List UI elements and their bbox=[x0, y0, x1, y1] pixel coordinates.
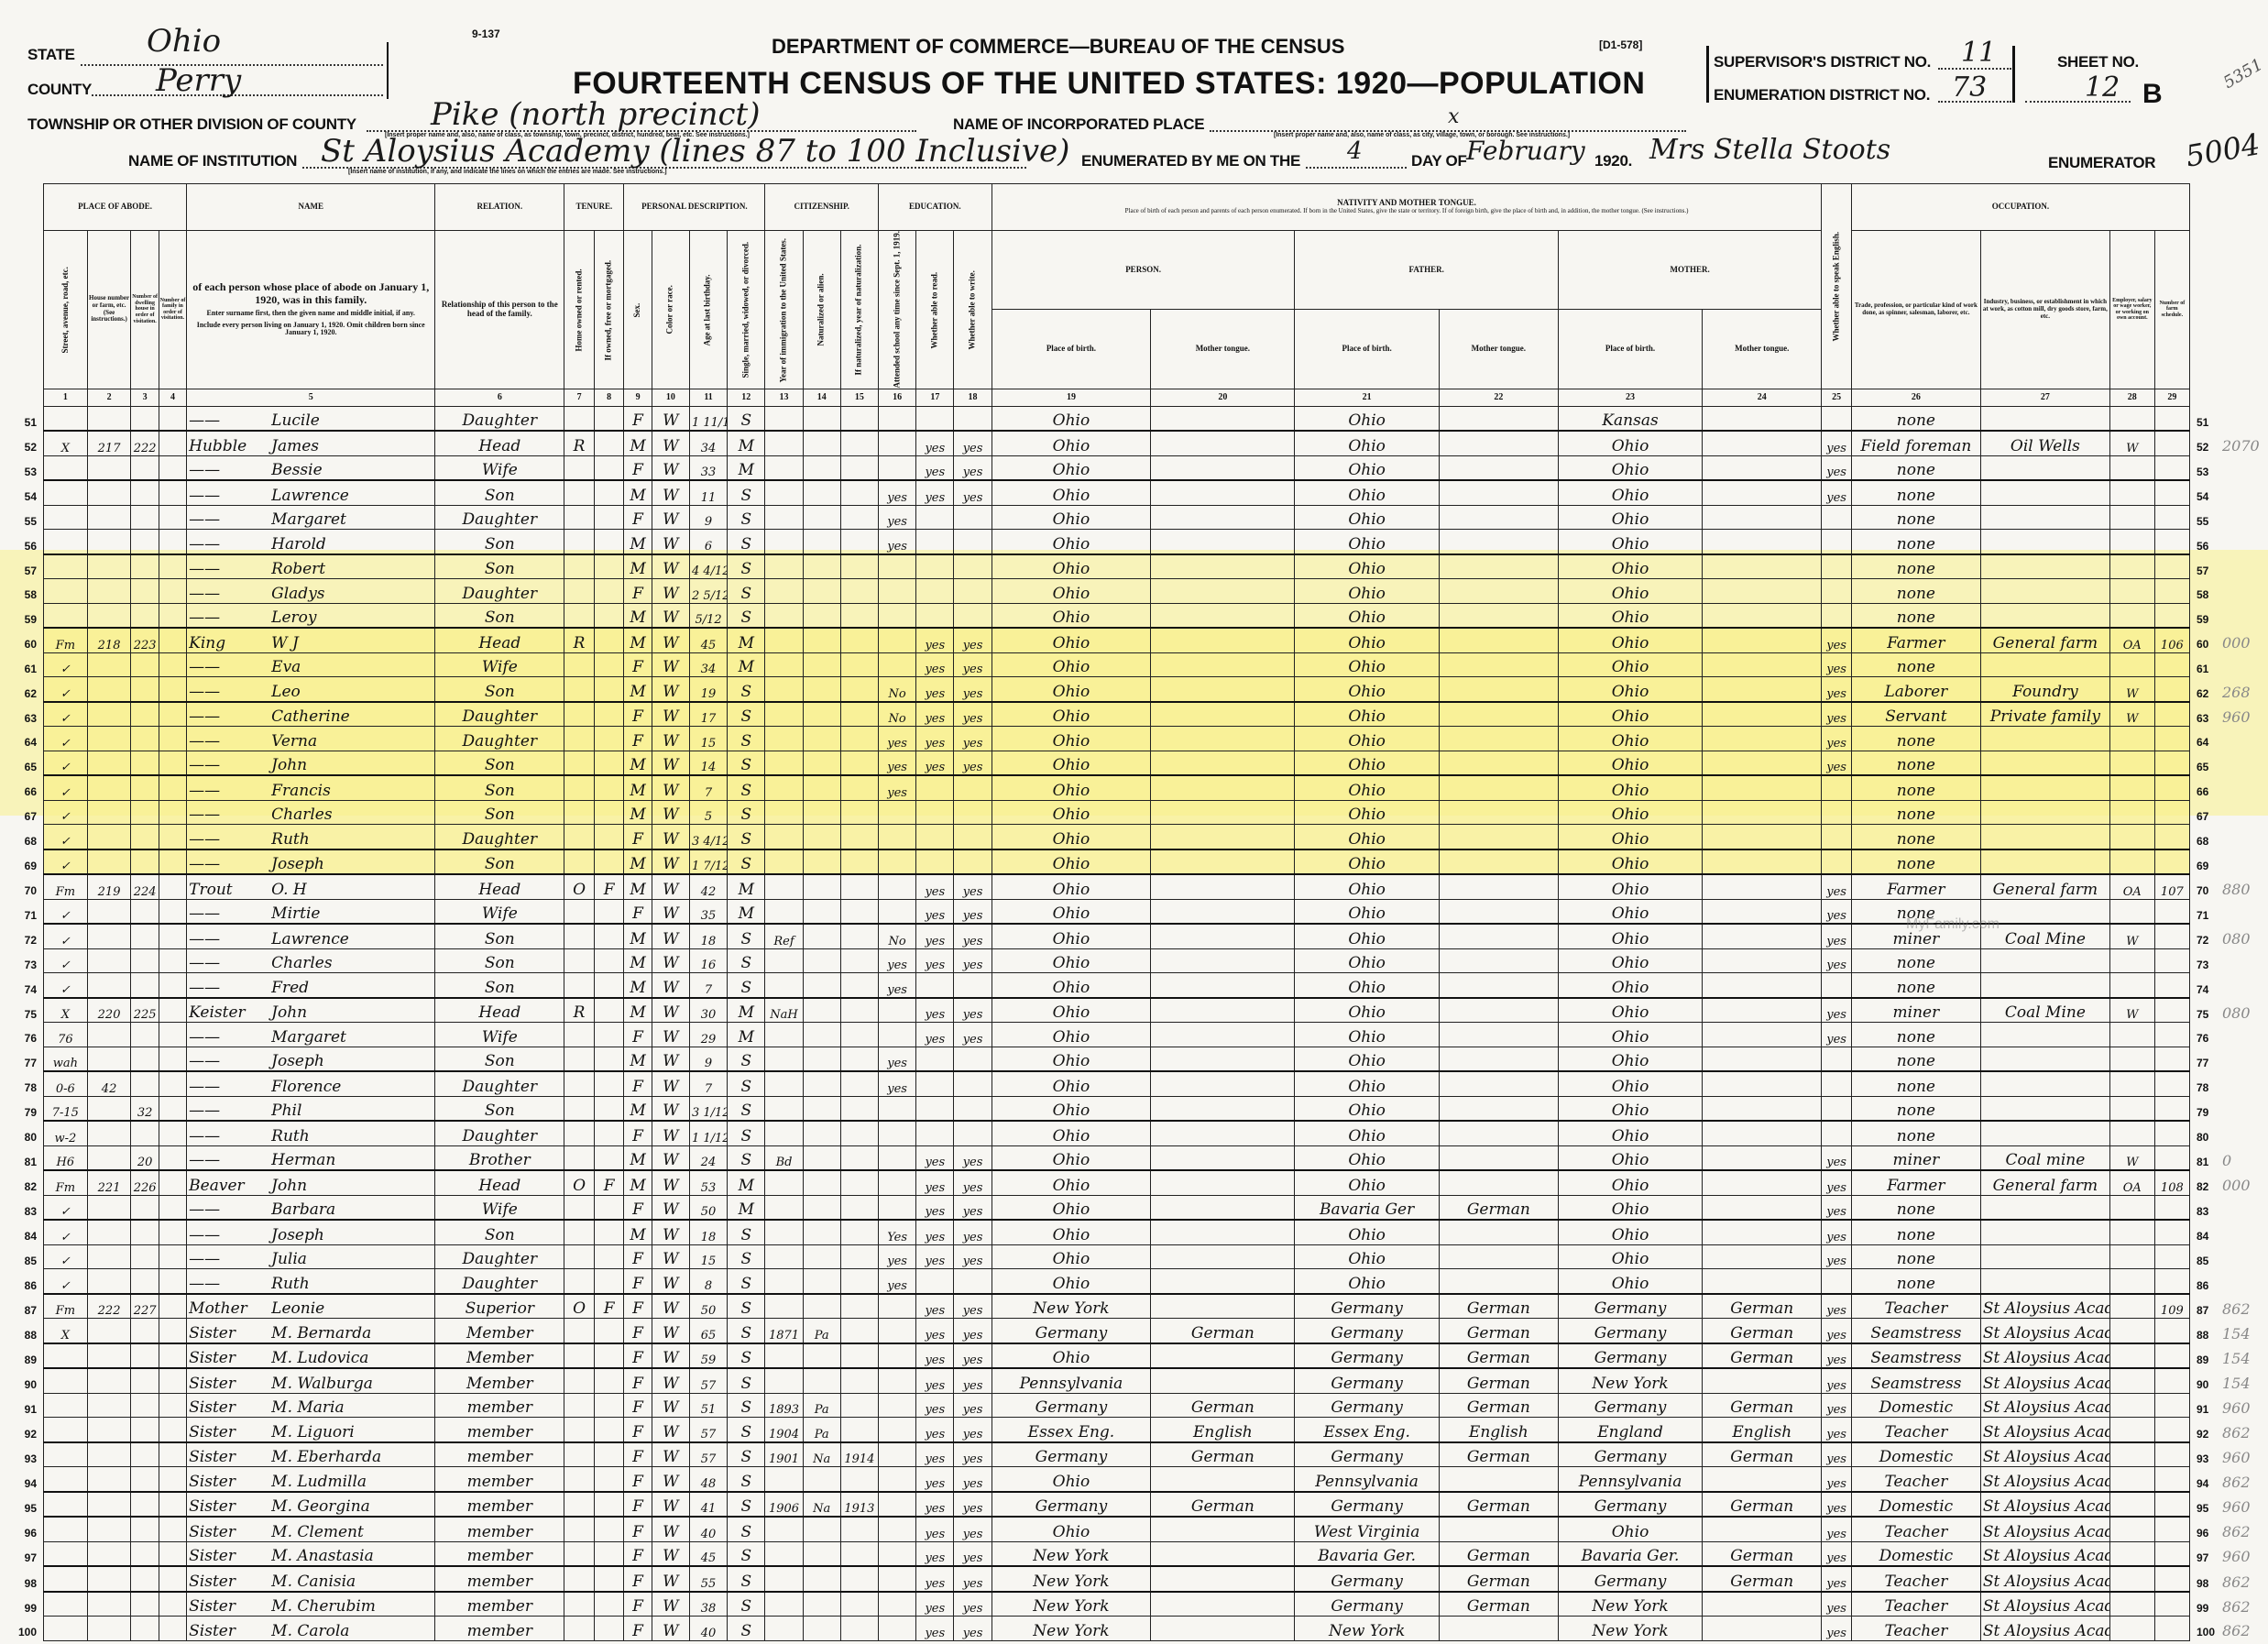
cell-farm bbox=[2154, 1023, 2189, 1047]
cell-given-name: Ruth bbox=[271, 1275, 310, 1293]
cell-street: ✓ bbox=[44, 1244, 88, 1269]
table-row: H620——HermanBrotherMW24SBdyesyesOhioOhio… bbox=[44, 1145, 2190, 1170]
cell-f-tongue bbox=[1439, 924, 1558, 948]
cell-immig: 1901 bbox=[765, 1442, 803, 1467]
cell-family bbox=[159, 1023, 186, 1047]
cell-f-pob: Ohio bbox=[1295, 1023, 1439, 1047]
cell-marital: S bbox=[728, 727, 765, 751]
cell-sex: M bbox=[624, 480, 652, 505]
cell-f-pob: Ohio bbox=[1295, 1071, 1439, 1096]
cell-m-pob: Ohio bbox=[1558, 1047, 1702, 1071]
cell-house bbox=[87, 1442, 131, 1467]
cell-write: yes bbox=[954, 1418, 992, 1442]
cell-english: yes bbox=[1822, 1566, 1852, 1592]
cell-m-pob: Germany bbox=[1558, 1343, 1702, 1369]
cell-industry: St Aloysius Academy bbox=[1980, 1517, 2109, 1541]
cell-given-name: John bbox=[271, 756, 307, 774]
cell-marital: S bbox=[728, 603, 765, 628]
cell-house bbox=[87, 973, 131, 998]
cell-owned: O bbox=[564, 1170, 595, 1195]
cell-given-name: M. Liguori bbox=[271, 1423, 355, 1441]
cell-mortgaged bbox=[594, 1343, 624, 1369]
cell-trade: Farmer bbox=[1851, 874, 1980, 899]
cell-color: W bbox=[652, 1170, 689, 1195]
cell-trade: Teacher bbox=[1851, 1418, 1980, 1442]
cell-immig bbox=[765, 530, 803, 554]
line-number-left: 63 bbox=[11, 712, 37, 725]
cell-farm bbox=[2154, 505, 2189, 530]
cell-m-tongue: German bbox=[1703, 1393, 1822, 1418]
cell-industry bbox=[1980, 652, 2109, 677]
cell-surname: —— bbox=[189, 855, 271, 873]
cell-dwelling bbox=[131, 530, 159, 554]
pencil-occupation-code: 960 bbox=[2222, 1498, 2251, 1516]
cell-m-tongue bbox=[1703, 702, 1822, 727]
table-row: SisterM. WalburgaMemberFW57SyesyesPennsy… bbox=[44, 1368, 2190, 1393]
cell-farm bbox=[2154, 677, 2189, 702]
cell-m-pob: Germany bbox=[1558, 1442, 1702, 1467]
cell-given-name: Margaret bbox=[271, 1028, 346, 1047]
cell-write: yes bbox=[954, 1244, 992, 1269]
table-row: ✓——JohnSonMW14SyesyesyesOhioOhioOhioyesn… bbox=[44, 751, 2190, 775]
cell-surname: —— bbox=[189, 658, 271, 676]
group-nativity: NATIVITY AND MOTHER TONGUE. Place of bir… bbox=[992, 184, 1822, 231]
line-number-right: 80 bbox=[2197, 1131, 2208, 1144]
line-number-right: 72 bbox=[2197, 934, 2208, 947]
cell-marital: S bbox=[728, 800, 765, 825]
cell-family bbox=[159, 1047, 186, 1071]
cell-nat bbox=[803, 579, 840, 604]
cell-pob: New York bbox=[992, 1541, 1151, 1566]
cell-name: ——Eva bbox=[187, 652, 435, 677]
cell-relation: member bbox=[435, 1617, 564, 1641]
cell-read bbox=[916, 406, 954, 431]
cell-farm bbox=[2154, 455, 2189, 480]
cell-school: No bbox=[879, 924, 916, 948]
cell-read: yes bbox=[916, 1492, 954, 1518]
cell-owned: R bbox=[564, 628, 595, 652]
cell-age: 5/12 bbox=[689, 603, 727, 628]
cell-given-name: Bessie bbox=[271, 461, 323, 479]
cell-school bbox=[879, 1418, 916, 1442]
cell-school: yes bbox=[879, 775, 916, 800]
line-number-right: 88 bbox=[2197, 1329, 2208, 1342]
cell-m-tongue bbox=[1703, 1220, 1822, 1244]
cell-color: W bbox=[652, 800, 689, 825]
cell-sex: M bbox=[624, 948, 652, 973]
table-row: w-2——RuthDaughterFW1 1/12SOhioOhioOhiono… bbox=[44, 1121, 2190, 1145]
cell-color: W bbox=[652, 998, 689, 1023]
cell-mortgaged bbox=[594, 677, 624, 702]
cell-tongue bbox=[1151, 973, 1295, 998]
cell-immig bbox=[765, 751, 803, 775]
cell-employer bbox=[2109, 1517, 2154, 1541]
cell-age: 8 bbox=[689, 1269, 727, 1294]
day-line bbox=[1306, 167, 1407, 169]
cell-name: ——John bbox=[187, 751, 435, 775]
cell-color: W bbox=[652, 406, 689, 431]
cell-english: yes bbox=[1822, 1617, 1852, 1641]
table-row: ✓——RuthDaughterFW3 4/12SOhioOhioOhionone bbox=[44, 825, 2190, 849]
cell-immig bbox=[765, 1541, 803, 1566]
cell-dwelling bbox=[131, 825, 159, 849]
cell-m-pob: Ohio bbox=[1558, 1517, 1702, 1541]
table-row: Fm219224TroutO. HHeadOFMW42MyesyesOhioOh… bbox=[44, 874, 2190, 899]
cell-given-name: Herman bbox=[271, 1151, 335, 1169]
line-number-left: 84 bbox=[11, 1230, 37, 1243]
cell-read: yes bbox=[916, 1541, 954, 1566]
pencil-occupation-code: 154 bbox=[2222, 1375, 2251, 1392]
cell-name: SisterM. Anastasia bbox=[187, 1541, 435, 1566]
cell-read bbox=[916, 849, 954, 875]
cell-write: yes bbox=[954, 1145, 992, 1170]
cell-employer bbox=[2109, 1343, 2154, 1369]
cell-family bbox=[159, 1319, 186, 1343]
cell-mortgaged bbox=[594, 1418, 624, 1442]
cell-nat bbox=[803, 800, 840, 825]
cell-house bbox=[87, 1145, 131, 1170]
cell-mortgaged: F bbox=[594, 1294, 624, 1319]
cell-english: yes bbox=[1822, 1343, 1852, 1369]
cell-nat bbox=[803, 1170, 840, 1195]
cell-given-name: Fred bbox=[271, 979, 309, 997]
cell-industry: Coal Mine bbox=[1980, 924, 2109, 948]
cell-natyear bbox=[840, 603, 878, 628]
cell-tongue bbox=[1151, 554, 1295, 579]
cell-school bbox=[879, 899, 916, 924]
cell-m-tongue bbox=[1703, 530, 1822, 554]
cell-m-pob: Ohio bbox=[1558, 1121, 1702, 1145]
cell-trade: none bbox=[1851, 1071, 1980, 1096]
cell-street bbox=[44, 1368, 88, 1393]
cell-mortgaged bbox=[594, 530, 624, 554]
cell-family bbox=[159, 628, 186, 652]
line-number-left: 83 bbox=[11, 1205, 37, 1218]
cell-tongue bbox=[1151, 1071, 1295, 1096]
cell-marital: M bbox=[728, 628, 765, 652]
cell-relation: Daughter bbox=[435, 1244, 564, 1269]
pencil-occupation-code: 880 bbox=[2222, 881, 2251, 898]
cell-f-pob: Ohio bbox=[1295, 554, 1439, 579]
cell-f-pob: Ohio bbox=[1295, 652, 1439, 677]
department-title: DEPARTMENT OF COMMERCE—BUREAU OF THE CEN… bbox=[772, 35, 1344, 59]
cell-m-tongue: German bbox=[1703, 1442, 1822, 1467]
cell-m-tongue bbox=[1703, 603, 1822, 628]
cell-school bbox=[879, 874, 916, 899]
cell-surname: Mother bbox=[189, 1299, 271, 1318]
cell-immig bbox=[765, 455, 803, 480]
cell-m-tongue bbox=[1703, 874, 1822, 899]
cell-m-pob: Ohio bbox=[1558, 751, 1702, 775]
enumerator-name: Mrs Stella Stoots bbox=[1649, 134, 1890, 166]
line-number-right: 55 bbox=[2197, 515, 2208, 528]
cell-sex: M bbox=[624, 1047, 652, 1071]
cell-school bbox=[879, 1170, 916, 1195]
cell-relation: Son bbox=[435, 775, 564, 800]
cell-dwelling bbox=[131, 1023, 159, 1047]
cell-industry: Foundry bbox=[1980, 677, 2109, 702]
col-family: Number of family in order of visitation. bbox=[159, 231, 186, 389]
cell-tongue bbox=[1151, 1467, 1295, 1492]
cell-industry bbox=[1980, 530, 2109, 554]
cell-sex: F bbox=[624, 1195, 652, 1220]
cell-surname: —— bbox=[189, 1101, 271, 1120]
cell-name: HubbleJames bbox=[187, 431, 435, 455]
name-include: Include every person living on January 1… bbox=[187, 322, 434, 338]
cell-name: ——Robert bbox=[187, 554, 435, 579]
cell-industry bbox=[1980, 948, 2109, 973]
cell-street: Fm bbox=[44, 628, 88, 652]
cell-age: 3 4/12 bbox=[689, 825, 727, 849]
cell-nat bbox=[803, 603, 840, 628]
cell-sex: M bbox=[624, 1220, 652, 1244]
cell-natyear bbox=[840, 1047, 878, 1071]
cell-employer bbox=[2109, 825, 2154, 849]
col-name: of each person whose place of abode on J… bbox=[187, 231, 435, 389]
line-number-right: 76 bbox=[2197, 1032, 2208, 1045]
group-citizenship: CITIZENSHIP. bbox=[765, 184, 879, 231]
cell-owned bbox=[564, 1393, 595, 1418]
line-number-right: 73 bbox=[2197, 959, 2208, 971]
cell-marital: S bbox=[728, 505, 765, 530]
cell-f-pob: Ohio bbox=[1295, 702, 1439, 727]
cell-read: yes bbox=[916, 924, 954, 948]
cell-employer bbox=[2109, 1467, 2154, 1492]
cell-house bbox=[87, 1467, 131, 1492]
cell-m-tongue bbox=[1703, 973, 1822, 998]
cell-immig bbox=[765, 1294, 803, 1319]
cell-color: W bbox=[652, 579, 689, 604]
cell-sex: F bbox=[624, 1244, 652, 1269]
line-number-right: 94 bbox=[2197, 1477, 2208, 1490]
cell-f-tongue: German bbox=[1439, 1566, 1558, 1592]
cell-family bbox=[159, 677, 186, 702]
cell-f-tongue bbox=[1439, 1047, 1558, 1071]
cell-owned: O bbox=[564, 874, 595, 899]
cell-f-tongue bbox=[1439, 677, 1558, 702]
cell-f-tongue bbox=[1439, 1517, 1558, 1541]
cell-industry: St Aloysius Academy bbox=[1980, 1442, 2109, 1467]
cell-pob: Ohio bbox=[992, 406, 1151, 431]
cell-english bbox=[1822, 825, 1852, 849]
cell-natyear bbox=[840, 1319, 878, 1343]
cell-school: yes bbox=[879, 1047, 916, 1071]
cell-english: yes bbox=[1822, 924, 1852, 948]
cell-pob: Ohio bbox=[992, 1047, 1151, 1071]
cell-pob: Ohio bbox=[992, 1220, 1151, 1244]
table-row: SisterM. MariamemberFW51S1893PayesyesGer… bbox=[44, 1393, 2190, 1418]
cell-nat bbox=[803, 1145, 840, 1170]
cell-marital: S bbox=[728, 1343, 765, 1369]
cell-marital: S bbox=[728, 554, 765, 579]
cell-relation: Member bbox=[435, 1343, 564, 1369]
cell-m-tongue bbox=[1703, 406, 1822, 431]
line-number-left: 78 bbox=[11, 1081, 37, 1094]
cell-name: ——Charles bbox=[187, 948, 435, 973]
col-person-pob: Place of birth. bbox=[992, 310, 1151, 389]
cell-write: yes bbox=[954, 628, 992, 652]
line-number-left: 58 bbox=[11, 588, 37, 601]
cell-dwelling bbox=[131, 579, 159, 604]
cell-sex: M bbox=[624, 800, 652, 825]
cell-name: SisterM. Ludovica bbox=[187, 1343, 435, 1369]
cell-mortgaged bbox=[594, 579, 624, 604]
cell-read bbox=[916, 579, 954, 604]
cell-f-pob: Ohio bbox=[1295, 924, 1439, 948]
cell-farm bbox=[2154, 1269, 2189, 1294]
cell-owned bbox=[564, 1121, 595, 1145]
cell-m-pob: England bbox=[1558, 1418, 1702, 1442]
cell-m-pob: Ohio bbox=[1558, 924, 1702, 948]
pencil-occupation-code: 080 bbox=[2222, 1004, 2251, 1022]
column-number: 18 bbox=[954, 389, 992, 406]
cell-write: yes bbox=[954, 1294, 992, 1319]
cell-natyear bbox=[840, 874, 878, 899]
cell-color: W bbox=[652, 1617, 689, 1641]
cell-name: ——Florence bbox=[187, 1071, 435, 1096]
cell-f-pob: Germany bbox=[1295, 1592, 1439, 1617]
line-number-left: 90 bbox=[11, 1378, 37, 1391]
cell-surname: —— bbox=[189, 782, 271, 800]
col-industry: Industry, business, or establishment in … bbox=[1980, 231, 2109, 389]
line-number-right: 99 bbox=[2197, 1602, 2208, 1615]
cell-nat bbox=[803, 628, 840, 652]
cell-industry bbox=[1980, 406, 2109, 431]
column-number: 27 bbox=[1980, 389, 2109, 406]
cell-m-pob: Ohio bbox=[1558, 899, 1702, 924]
cell-pob: Ohio bbox=[992, 751, 1151, 775]
cell-immig bbox=[765, 554, 803, 579]
line-number-left: 55 bbox=[11, 515, 37, 528]
line-number-left: 57 bbox=[11, 564, 37, 577]
line-number-right: 66 bbox=[2197, 785, 2208, 798]
cell-mortgaged bbox=[594, 628, 624, 652]
line-number-right: 83 bbox=[2197, 1205, 2208, 1218]
cell-house bbox=[87, 899, 131, 924]
cell-f-tongue bbox=[1439, 1269, 1558, 1294]
cell-m-pob: Ohio bbox=[1558, 628, 1702, 652]
cell-street: ✓ bbox=[44, 677, 88, 702]
cell-given-name: Charles bbox=[271, 954, 332, 972]
cell-family bbox=[159, 554, 186, 579]
cell-house bbox=[87, 1244, 131, 1269]
cell-immig bbox=[765, 603, 803, 628]
cell-owned bbox=[564, 825, 595, 849]
cell-m-tongue bbox=[1703, 727, 1822, 751]
cell-nat bbox=[803, 1121, 840, 1145]
cell-f-pob: Ohio bbox=[1295, 530, 1439, 554]
col-street: Street, avenue, road, etc. bbox=[44, 231, 88, 389]
cell-family bbox=[159, 1566, 186, 1592]
cell-m-pob: Ohio bbox=[1558, 530, 1702, 554]
cell-industry bbox=[1980, 505, 2109, 530]
cell-industry: St Aloysius Academy bbox=[1980, 1418, 2109, 1442]
cell-f-tongue bbox=[1439, 1170, 1558, 1195]
cell-marital: S bbox=[728, 849, 765, 875]
cell-m-pob: Germany bbox=[1558, 1294, 1702, 1319]
cell-read: yes bbox=[916, 998, 954, 1023]
cell-natyear bbox=[840, 702, 878, 727]
cell-natyear bbox=[840, 948, 878, 973]
cell-mortgaged bbox=[594, 652, 624, 677]
cell-family bbox=[159, 455, 186, 480]
cell-f-pob: Germany bbox=[1295, 1319, 1439, 1343]
cell-trade: none bbox=[1851, 775, 1980, 800]
cell-sex: F bbox=[624, 1121, 652, 1145]
cell-nat bbox=[803, 1467, 840, 1492]
cell-read bbox=[916, 554, 954, 579]
cell-write bbox=[954, 1269, 992, 1294]
cell-farm bbox=[2154, 579, 2189, 604]
cell-relation: Son bbox=[435, 751, 564, 775]
cell-sex: F bbox=[624, 1517, 652, 1541]
cell-school bbox=[879, 652, 916, 677]
cell-street bbox=[44, 505, 88, 530]
cell-street: Fm bbox=[44, 1170, 88, 1195]
cell-family bbox=[159, 775, 186, 800]
cell-dwelling bbox=[131, 652, 159, 677]
cell-m-tongue bbox=[1703, 1517, 1822, 1541]
cell-color: W bbox=[652, 1492, 689, 1518]
cell-m-tongue bbox=[1703, 1467, 1822, 1492]
cell-natyear bbox=[840, 899, 878, 924]
cell-write: yes bbox=[954, 998, 992, 1023]
cell-family bbox=[159, 652, 186, 677]
line-number-left: 54 bbox=[11, 490, 37, 503]
cell-surname: —— bbox=[189, 1200, 271, 1219]
cell-school: yes bbox=[879, 530, 916, 554]
line-number-left: 96 bbox=[11, 1527, 37, 1540]
line-number-right: 95 bbox=[2197, 1502, 2208, 1515]
cell-dwelling: 227 bbox=[131, 1294, 159, 1319]
cell-immig bbox=[765, 800, 803, 825]
cell-relation: Brother bbox=[435, 1145, 564, 1170]
cell-house bbox=[87, 924, 131, 948]
cell-street: X bbox=[44, 1319, 88, 1343]
cell-pob: Ohio bbox=[992, 579, 1151, 604]
cell-school bbox=[879, 1467, 916, 1492]
cell-f-tongue bbox=[1439, 825, 1558, 849]
cell-industry bbox=[1980, 1023, 2109, 1047]
cell-relation: Head bbox=[435, 874, 564, 899]
cell-mortgaged bbox=[594, 1269, 624, 1294]
col-owned: Home owned or rented. bbox=[564, 231, 595, 389]
cell-relation: Wife bbox=[435, 1195, 564, 1220]
cell-english: yes bbox=[1822, 1442, 1852, 1467]
cell-m-pob: Ohio bbox=[1558, 554, 1702, 579]
cell-nat bbox=[803, 727, 840, 751]
cell-m-pob: Ohio bbox=[1558, 1096, 1702, 1121]
cell-surname: Trout bbox=[189, 881, 271, 899]
cell-dwelling bbox=[131, 1195, 159, 1220]
cell-street: Fm bbox=[44, 1294, 88, 1319]
cell-m-pob: Germany bbox=[1558, 1319, 1702, 1343]
cell-english bbox=[1822, 1096, 1852, 1121]
cell-f-pob: Ohio bbox=[1295, 998, 1439, 1023]
cell-immig bbox=[765, 1023, 803, 1047]
cell-given-name: Leo bbox=[271, 683, 301, 701]
cell-natyear bbox=[840, 800, 878, 825]
cell-read bbox=[916, 603, 954, 628]
cell-employer bbox=[2109, 727, 2154, 751]
col-marital: Single, married, widowed, or divorced. bbox=[728, 231, 765, 389]
cell-dwelling: 225 bbox=[131, 998, 159, 1023]
cell-m-tongue bbox=[1703, 628, 1822, 652]
cell-f-pob: Ohio bbox=[1295, 505, 1439, 530]
cell-employer: W bbox=[2109, 702, 2154, 727]
cell-nat: Na bbox=[803, 1442, 840, 1467]
cell-relation: Head bbox=[435, 431, 564, 455]
